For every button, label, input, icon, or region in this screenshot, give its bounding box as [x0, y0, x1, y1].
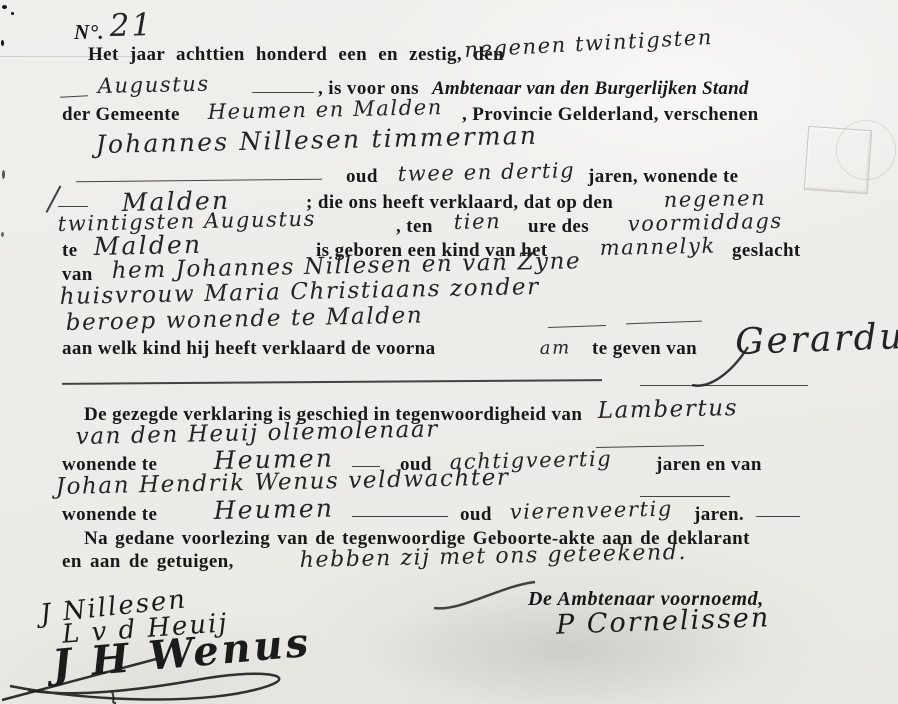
embossed-stamp-circle: [836, 120, 896, 180]
line2-printed-b: Ambtenaar van den Burgerlijken Stand: [432, 78, 749, 100]
line5-printed-a: oud: [346, 166, 378, 188]
line15-printed-c: jaren en van: [656, 454, 762, 476]
official-flourish: [430, 578, 540, 618]
line3-hand-gemeente: Heumen en Malden: [207, 95, 443, 124]
birth-certificate-scan: N°. 21 Het jaar achttien honderd een en …: [0, 0, 898, 704]
line5-printed-b: jaren, wonende te: [588, 166, 739, 188]
separator-rule: [640, 385, 808, 386]
act-number-label: N°.: [74, 20, 104, 45]
filler-dash: [548, 325, 606, 328]
line4-hand-declarant: Johannes Nillesen timmerman: [95, 121, 538, 159]
filler-dash: [756, 516, 800, 517]
line6-hand-date1: negenen: [663, 186, 766, 212]
scan-speck: [1, 232, 4, 237]
line8-hand-gender: mannelyk: [599, 234, 716, 260]
filler-dash: [76, 179, 322, 183]
line17-printed-c: jaren.: [694, 504, 744, 526]
line17-printed-b: oud: [460, 504, 492, 526]
line12-printed-a: aan welk kind hij heeft verklaard de voo…: [62, 338, 435, 360]
act-number-label-text: N°.: [74, 20, 104, 44]
line7-printed-a: , ten: [396, 216, 433, 238]
scan-speck: [11, 12, 14, 15]
filler-dash: [60, 95, 88, 97]
scan-speck: [2, 170, 5, 179]
separator-rule: [62, 379, 602, 385]
filler-dash: [352, 516, 448, 517]
line1-hand-date: negenen twintigsten: [464, 25, 714, 62]
line7-hand-daypart: voormiddags: [627, 209, 783, 236]
line7-hand-hour: tien: [453, 209, 501, 234]
line2-hand-month: Augustus: [97, 72, 209, 98]
witness2-flourish: [0, 628, 330, 704]
line8-printed-c: geslacht: [732, 240, 801, 262]
line19-printed: en aan de getuigen,: [62, 551, 234, 573]
line5-hand-age: twee en dertig: [397, 158, 575, 186]
filler-dash: [626, 321, 702, 325]
act-number-value: 21: [109, 7, 154, 44]
g-flourish-tail: [690, 345, 770, 395]
line12-hand-fill: am: [540, 337, 571, 359]
scan-speck: [2, 5, 7, 9]
line13-hand-witness1: Lambertus: [597, 395, 738, 424]
line17-printed-a: wonende te: [62, 504, 157, 526]
line3-printed-a: der Gemeente: [62, 104, 180, 126]
line7-printed-b: ure des: [528, 216, 589, 238]
line1-printed: Het jaar achttien honderd een en zestig,…: [88, 44, 504, 66]
line8-printed-a: te: [62, 240, 78, 262]
scan-speck: [1, 40, 4, 46]
line12-printed-b: te geven van: [592, 338, 697, 360]
line17-hand-age: vierenveertig: [509, 497, 673, 524]
line17-hand-place: Heumen: [213, 493, 334, 525]
filler-dash: [58, 206, 88, 207]
filler-dash: [596, 445, 704, 448]
filler-dash: [252, 92, 314, 93]
